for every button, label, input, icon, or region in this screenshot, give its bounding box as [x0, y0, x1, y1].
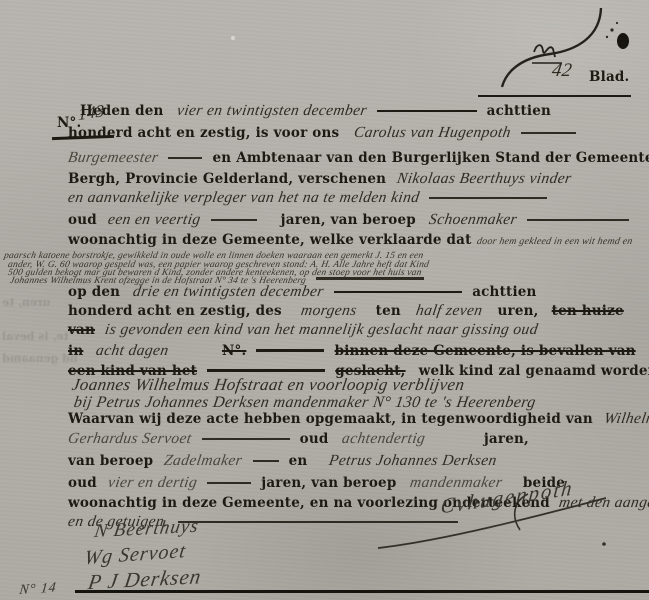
handwritten-text: Carolus van Hugenpoth: [353, 124, 513, 143]
form-line: Gerhardus Servoet oud achtendertig jaren…: [68, 428, 529, 449]
bleedthrough-text: te, is beval: [2, 330, 68, 343]
printed-text: en: [289, 453, 308, 469]
form-line: Bergh, Provincie Gelderland, verschenen …: [68, 168, 572, 189]
form-line: honderd acht en zestig, des morgens ten …: [68, 300, 624, 321]
blad-label: Blad.: [589, 69, 629, 85]
printed-text: oud: [68, 475, 97, 491]
form-line: Waarvan wij deze acte hebben opgemaakt, …: [68, 408, 649, 429]
printed-text: oud: [300, 431, 329, 447]
form-line: honderd acht en zestig, is voor ons Caro…: [68, 122, 581, 143]
handwritten-text: Wilhelmus: [603, 410, 649, 429]
printed-text: oud: [68, 212, 97, 228]
printed-text: op den: [68, 284, 120, 300]
handwritten-text: een en veertig: [106, 211, 201, 230]
filler-rule: [521, 132, 576, 135]
handwritten-text: Gerhardus Servoet: [67, 430, 193, 449]
printed-text: ten: [376, 303, 401, 319]
printed-text: achttien: [487, 103, 551, 119]
blad-number: 42: [552, 60, 572, 83]
printed-text: Bergh, Provincie Gelderland, verschenen: [68, 171, 386, 187]
printed-text: van beroep: [68, 453, 153, 469]
bleedthrough-text: nd genaamd: [2, 352, 78, 365]
printed-text: Heden den: [80, 103, 164, 119]
ink-blot: [617, 33, 629, 49]
filler-rule: [253, 460, 279, 463]
struck-text: ten huize: [552, 303, 624, 319]
form-line: Burgemeester en Ambtenaar van den Burger…: [68, 147, 649, 168]
form-line: Heden den vier en twintigsten december a…: [80, 100, 551, 121]
handwritten-text: Zadelmaker: [163, 452, 244, 471]
printed-text: jaren, van beroep: [281, 212, 416, 228]
form-line: op den drie en twintigsten december acht…: [68, 281, 537, 302]
filler-rule: [202, 438, 290, 441]
printed-text: en Ambtenaar van den Burgerlijken Stand …: [213, 150, 649, 166]
struck-text: binnen deze Gemeente, is bevallen van: [335, 343, 636, 359]
handwritten-text: Burgemeester: [67, 149, 160, 168]
blad-label-wrap: Blad.: [589, 66, 629, 86]
printed-text: Waarvan wij deze acte hebben opgemaakt, …: [68, 411, 593, 427]
handwritten-text: achtendertig: [340, 430, 426, 449]
printed-text: jaren,: [484, 431, 529, 447]
ink-speck: [610, 28, 613, 31]
pen-initials: [534, 45, 555, 57]
next-act-number: N° 14: [19, 581, 58, 598]
signature-witness-1: Wg Servoet: [83, 541, 187, 568]
scanned-birth-record: 42 Blad. N°. 143 Heden den vier en twint…: [0, 0, 649, 600]
handwritten-text: is gevonden een kind van het mannelijk g…: [104, 321, 540, 340]
struck-text: van: [68, 322, 95, 338]
filler-rule: [377, 110, 477, 112]
handwritten-text: en aanvankelijke verpleger van het na te…: [67, 189, 421, 208]
handwritten-text: half zeven: [415, 302, 484, 321]
form-line: in acht dagen N°. binnen deze Gemeente, …: [68, 340, 636, 361]
printed-text: honderd acht en zestig, des: [68, 303, 282, 319]
filler-rule: [429, 197, 547, 200]
printed-text: jaren, van beroep: [261, 475, 396, 491]
filler-rule: [178, 521, 458, 524]
printed-text: uren,: [498, 303, 539, 319]
handwritten-text: morgens: [299, 302, 358, 321]
handwritten-text: vier en twintigsten december: [175, 102, 368, 121]
filler-rule: [168, 157, 202, 160]
form-line: oud een en veertig jaren, van beroep Sch…: [68, 209, 634, 230]
printed-text: honderd acht en zestig, is voor ons: [68, 125, 339, 141]
filler-rule: [207, 482, 251, 485]
filler-rule: [211, 219, 257, 222]
handwritten-text: vier en dertig: [106, 474, 198, 493]
struck-text: N°.: [222, 343, 246, 359]
handwritten-text: Nikolaas Beerthuys vinder: [396, 170, 573, 189]
bleedthrough-text: uren, te: [2, 296, 51, 309]
bottom-rule: [75, 590, 649, 593]
filler-rule: [316, 277, 424, 280]
handwritten-text: Petrus Johannes Derksen: [327, 452, 498, 471]
signature-declarant: N Beerthuys: [93, 517, 200, 542]
printed-text: achttien: [472, 284, 536, 300]
handwritten-text: acht dagen: [95, 342, 170, 361]
paper-scratch: [231, 36, 235, 40]
filler-rule: [527, 219, 629, 222]
handwritten-text: drie en twintigsten december: [132, 283, 326, 302]
ink-speck: [606, 36, 608, 38]
handwritten-text: Schoenmaker: [428, 211, 519, 230]
form-line: van beroep Zadelmaker en Petrus Johannes…: [68, 450, 496, 471]
blad-underline: [478, 95, 631, 97]
form-line: en aanvankelijke verpleger van het na te…: [68, 187, 552, 208]
filler-rule: [334, 291, 462, 293]
form-line: van is gevonden een kind van het manneli…: [68, 319, 538, 340]
pen-dot: [602, 542, 606, 546]
blad-number-value: 42: [550, 60, 573, 83]
handwritten-small-text: door hem gekleed in een wit hemd en: [476, 236, 634, 247]
strike-rule: [207, 369, 325, 372]
strike-rule: [256, 349, 324, 352]
ink-speck: [616, 22, 618, 24]
